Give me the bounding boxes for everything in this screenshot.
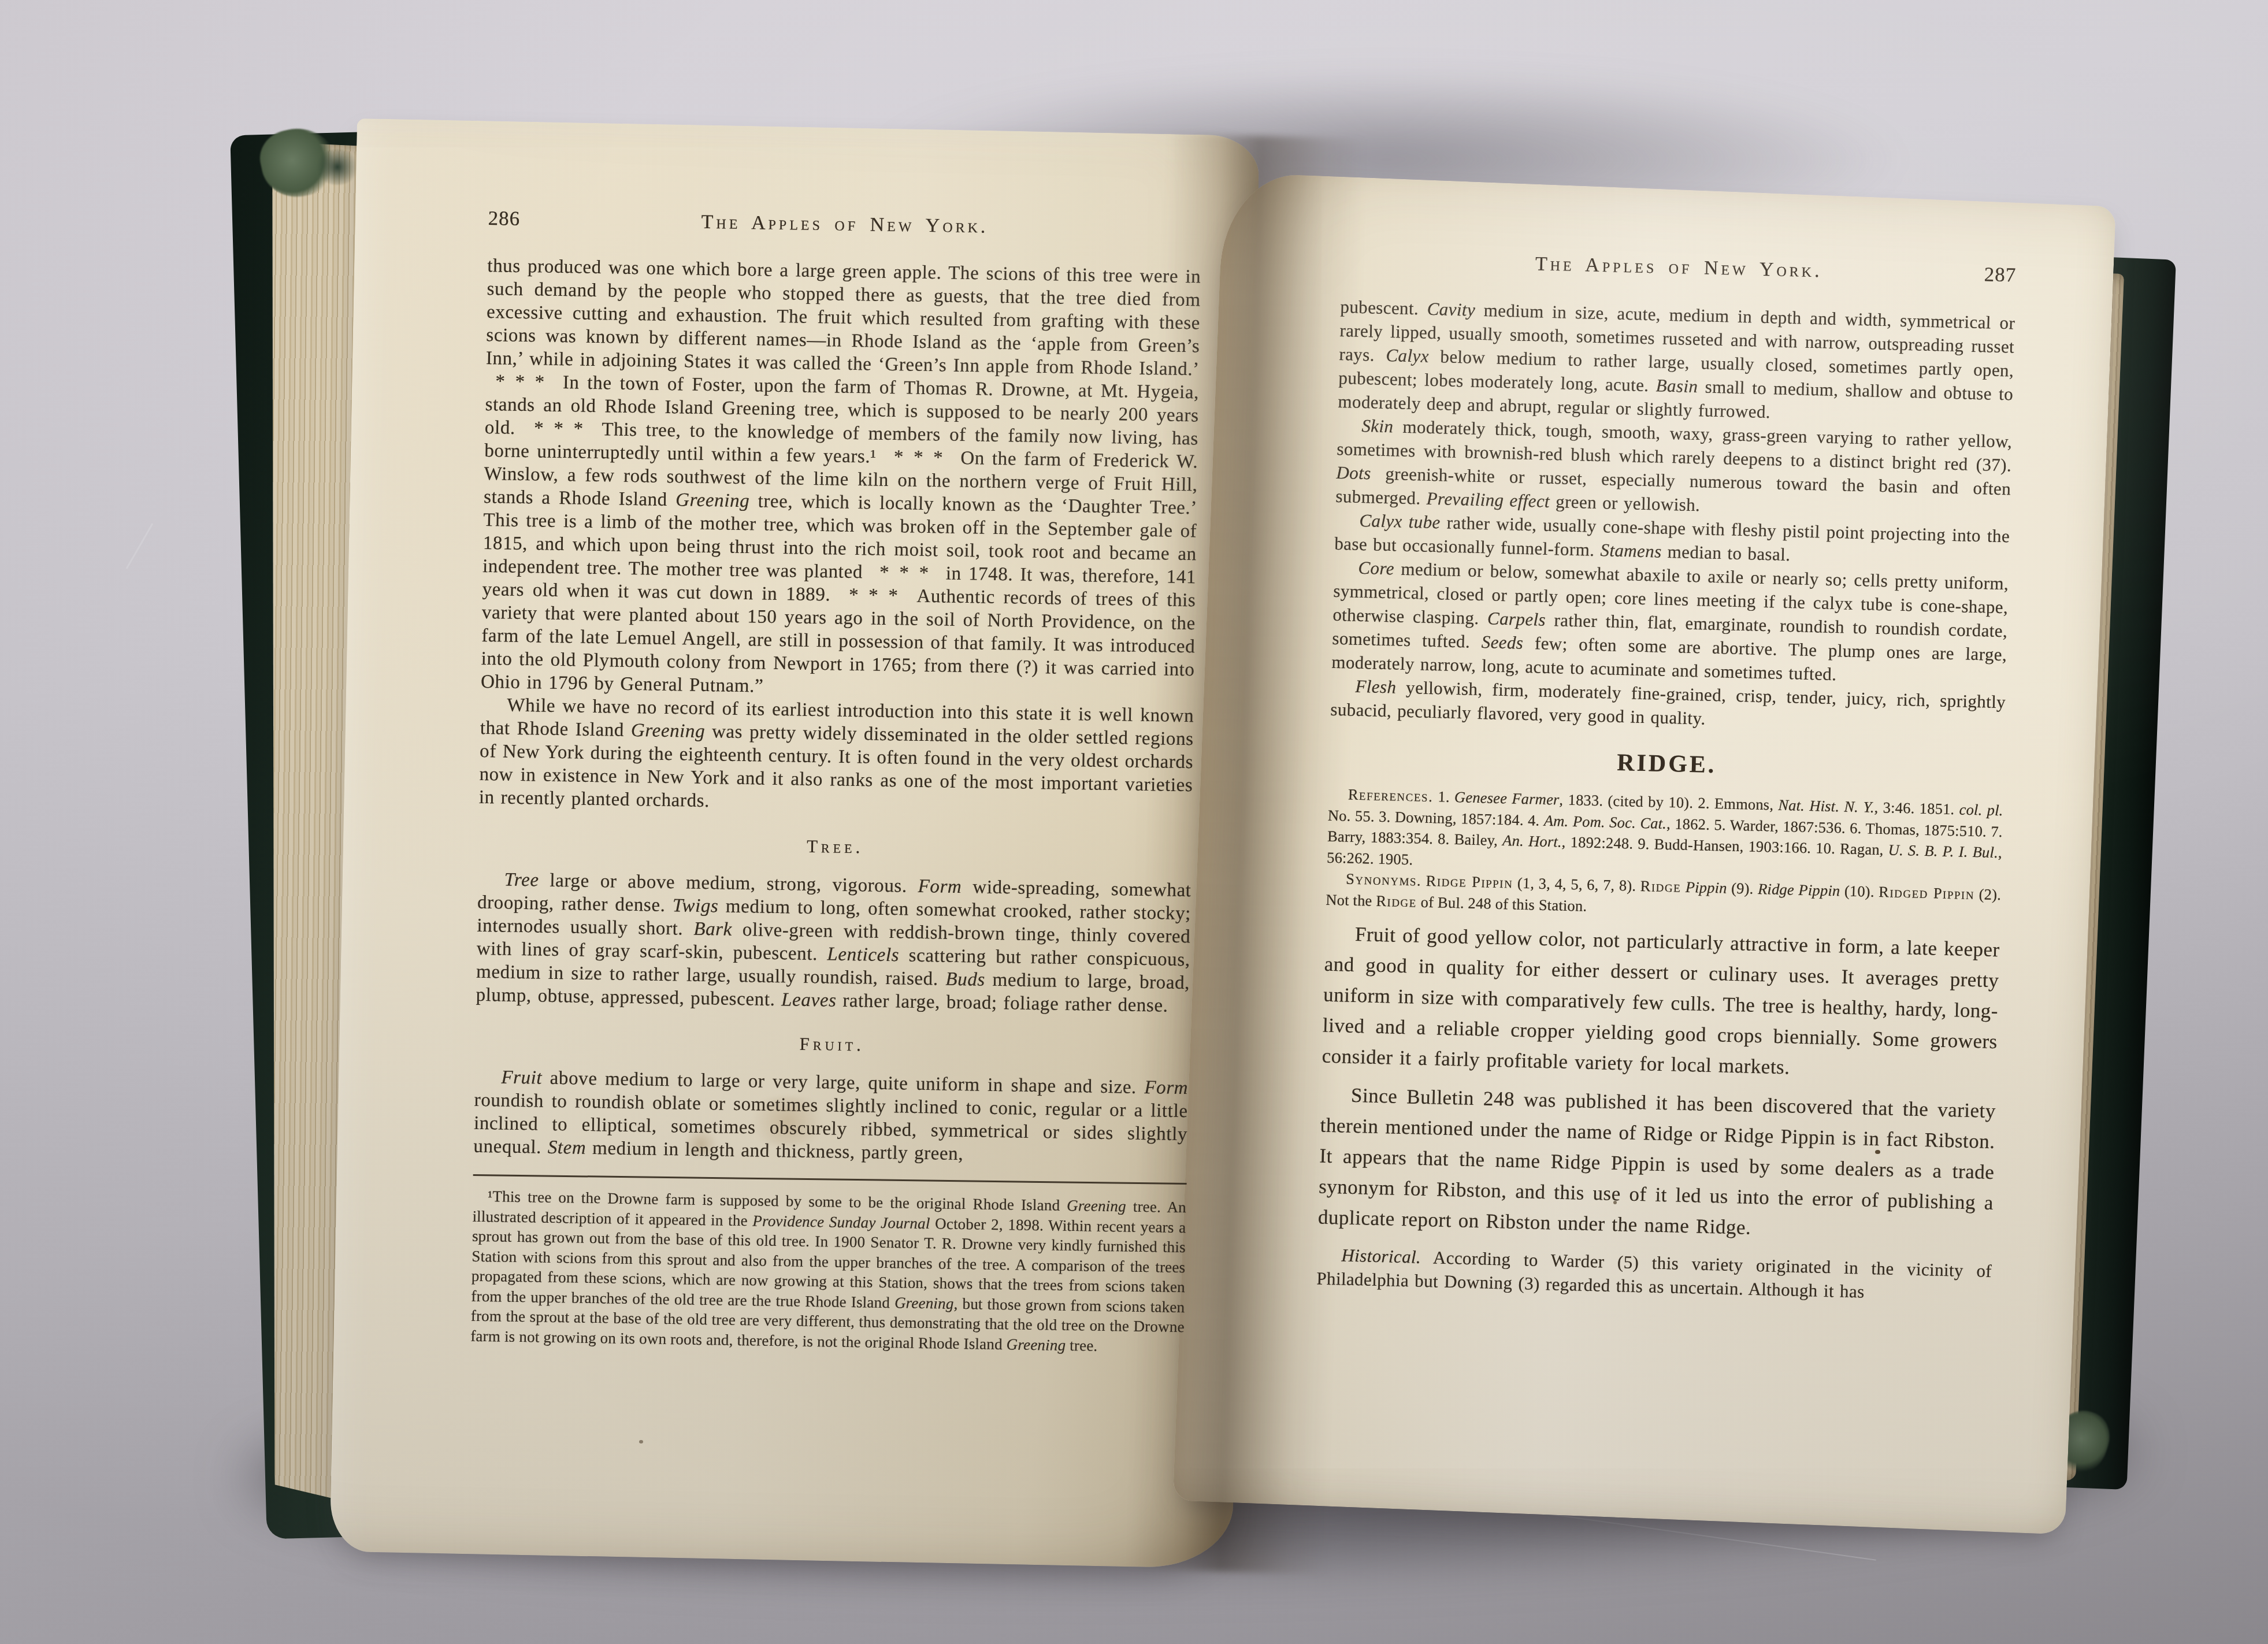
surface-scratch (126, 523, 154, 569)
paragraph: Skin moderately thick, tough, smooth, wa… (1335, 413, 2013, 524)
header-spacer (1341, 265, 1535, 270)
section-heading-tree: Tree. (478, 831, 1191, 863)
right-page-text: The Apples of New York. 287 pubescent. C… (1316, 247, 2017, 1307)
paragraph: While we have no record of its earliest … (479, 693, 1194, 820)
references-label: References. (1348, 786, 1434, 806)
running-title: The Apples of New York. (1535, 253, 1823, 282)
paragraph: Fruit above medium to large or very larg… (473, 1066, 1188, 1169)
frayed-cover-corner (315, 149, 360, 185)
paper-speck (639, 1440, 643, 1443)
book-photograph: 286 The Apples of New York. thus produce… (0, 0, 2268, 1644)
paragraph: thus produced was one which bore a large… (481, 254, 1201, 704)
footnote-rule (473, 1174, 1187, 1185)
section-heading-fruit: Fruit. (475, 1029, 1189, 1060)
left-page-text: 286 The Apples of New York. thus produce… (470, 207, 1202, 1357)
footnote: ¹This tree on the Drowne farm is suppose… (470, 1186, 1186, 1357)
page-number: 287 (1984, 263, 2016, 287)
header-spacer (988, 233, 1201, 236)
page-number: 286 (488, 207, 520, 231)
paragraph: Since Bulletin 248 was published it has … (1317, 1079, 1996, 1249)
paragraph: Tree large or above medium, strong, vigo… (476, 868, 1191, 1018)
synonyms-label: Synonyms. (1346, 870, 1422, 889)
paragraph: Core medium or below, somewhat abaxile t… (1331, 555, 2009, 690)
paragraph: pubescent. Cavity medium in size, acute,… (1338, 295, 2015, 429)
variety-heading-ridge: RIDGE. (1329, 742, 2005, 786)
paragraph: Fruit of good yellow color, not particul… (1322, 918, 2000, 1088)
references-paragraph: References. 1. Genesee Farmer, 1833. (ci… (1327, 784, 2003, 884)
running-title: The Apples of New York. (701, 211, 988, 238)
